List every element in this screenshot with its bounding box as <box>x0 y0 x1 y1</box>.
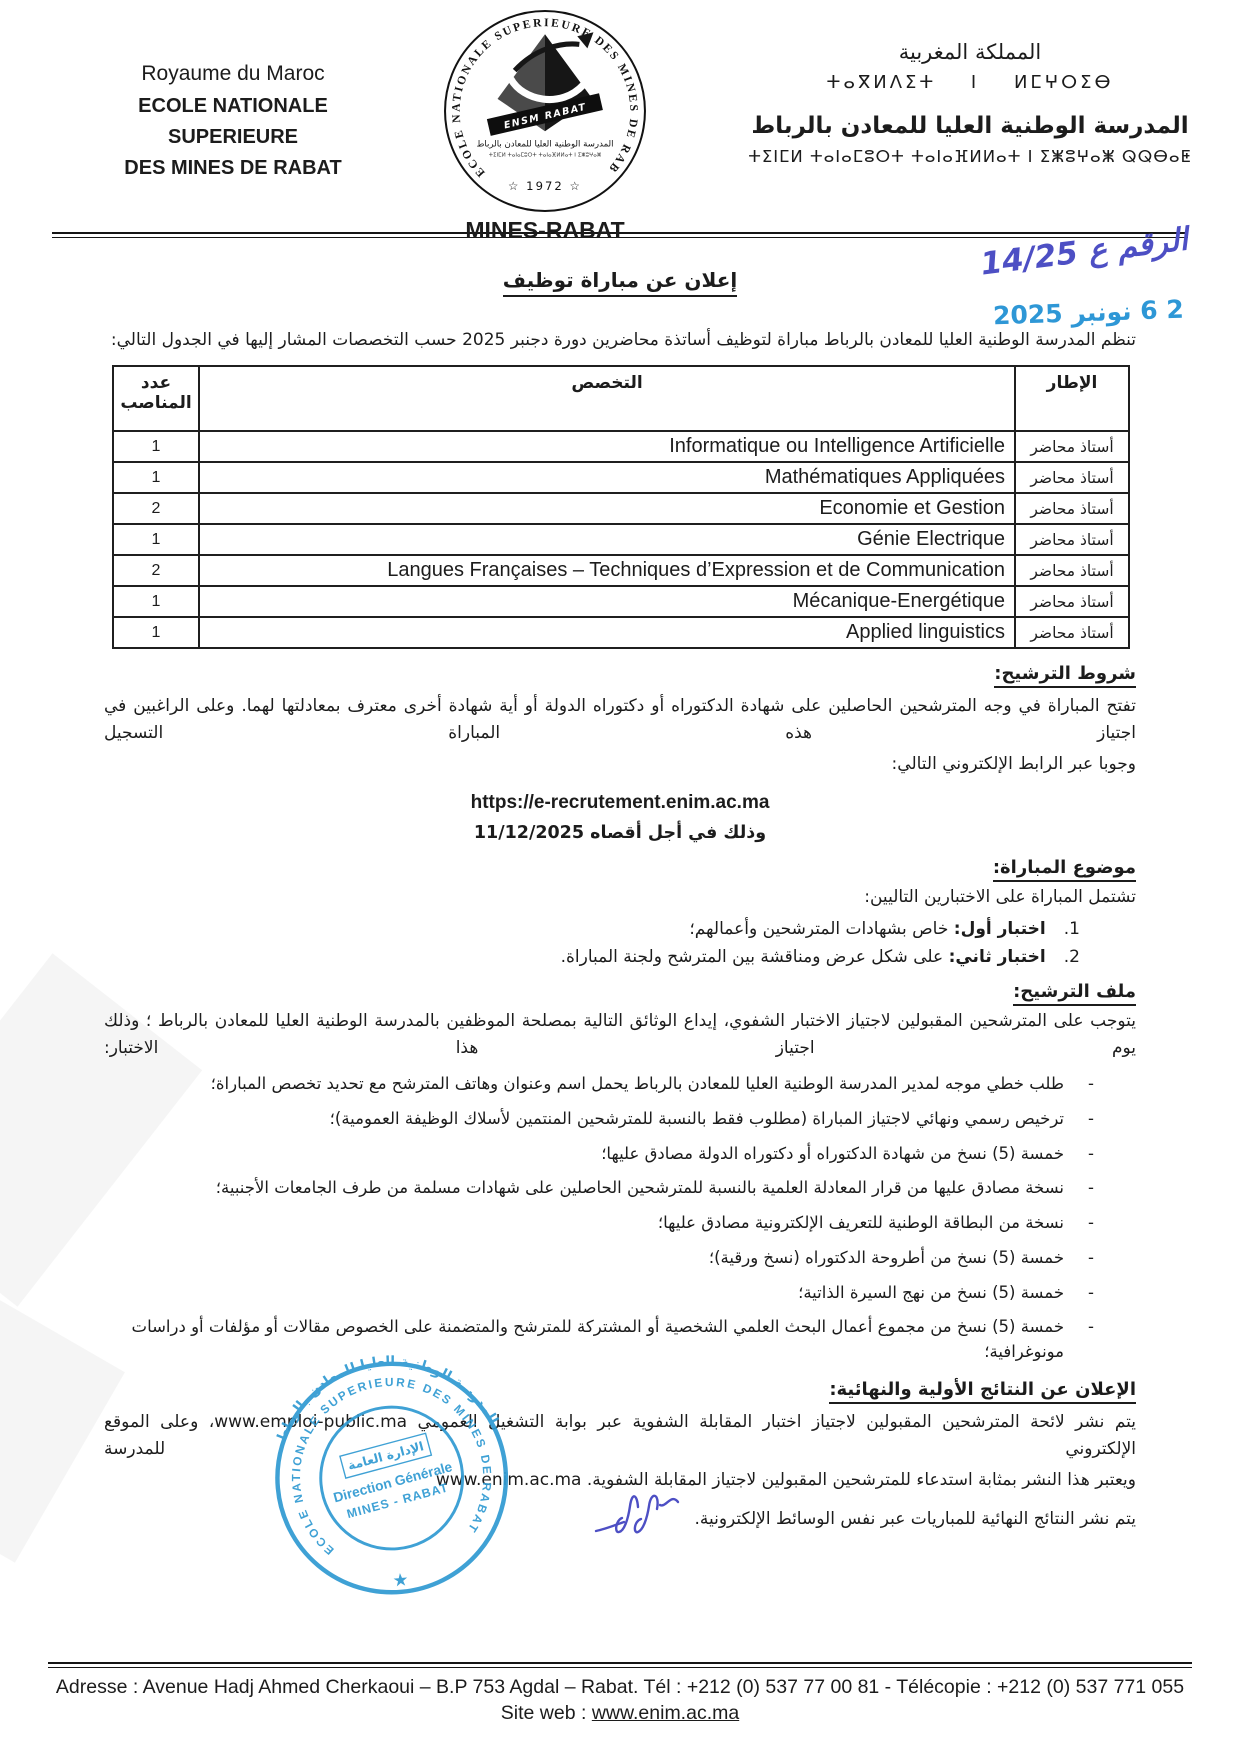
dash-bullet: - <box>1088 1315 1094 1365</box>
grade-cell: أستاذ محاضر <box>1015 524 1129 555</box>
bullet-text: خمسة (5) نسخ من أطروحة الدكتوراه (نسخ ور… <box>709 1246 1064 1271</box>
footer-site-line: Site web : www.enim.ac.ma <box>0 1702 1240 1725</box>
kingdom-fr: Royaume du Maroc <box>92 58 374 91</box>
document-page: Royaume du Maroc ECOLE NATIONALE SUPERIE… <box>0 0 1240 1755</box>
grade-cell: أستاذ محاضر <box>1015 617 1129 648</box>
file-heading: ملف الترشيح: <box>104 981 1136 1002</box>
documents-list: - طلب خطي موجه لمدير المدرسة الوطنية الع… <box>104 1072 1136 1365</box>
stamp-arabic-arc: المدرسة الوطنية العليا للمعادن بالرباط <box>267 1344 502 1446</box>
results-p2-row: يتم نشر النتائج النهائية للمباريات عبر ن… <box>104 1500 1136 1538</box>
document-list-item: - خمسة (5) نسخ من نهج السيرة الذاتية؛ <box>104 1281 1136 1306</box>
dash-bullet: - <box>1088 1281 1094 1306</box>
specialty-cell: Mathématiques Appliquées <box>199 462 1015 493</box>
exam-list: 1. اختبار أول: خاص بشهادات المترشحين وأع… <box>104 919 1136 967</box>
file-body: يتوجب على المترشحين المقبولين لاجتياز ال… <box>104 1008 1136 1062</box>
official-stamp: المدرسة الوطنية العليا للمعادن بالرباط E… <box>253 1341 531 1622</box>
seal-caption: MINES-RABAT <box>438 217 652 244</box>
dash-bullet: - <box>1088 1072 1094 1097</box>
seal-year: ☆ 1972 ☆ <box>508 179 582 193</box>
bullet-text: خمسة (5) نسخ من نهج السيرة الذاتية؛ <box>798 1281 1064 1306</box>
specialty-cell: Langues Françaises – Techniques d’Expres… <box>199 555 1015 586</box>
kingdom-tifinagh: ⵜⴰⴳⵍⴷⵉⵜ ⵏ ⵍⵎⵖⵔⵉⴱ <box>726 72 1214 93</box>
dash-bullet: - <box>1088 1176 1094 1201</box>
item-lead: اختبار أول: <box>954 919 1046 939</box>
stamp-star-icon: ★ <box>392 1570 410 1591</box>
letterhead-french: Royaume du Maroc ECOLE NATIONALE SUPERIE… <box>92 58 374 184</box>
exam-list-item: 1. اختبار أول: خاص بشهادات المترشحين وأع… <box>104 919 1136 939</box>
specialty-cell: Economie et Gestion <box>199 493 1015 524</box>
exam-list-item: 2. اختبار ثاني: على شكل عرض ومناقشة بين … <box>104 947 1136 967</box>
specialty-cell: Informatique ou Intelligence Artificiell… <box>199 431 1015 462</box>
document-list-item: - نسخة من البطاقة الوطنية للتعريف الإلكت… <box>104 1211 1136 1236</box>
school-seal-icon: ECOLE NATIONALE SUPERIEURE DES MINES DE … <box>442 8 649 215</box>
bullet-text: نسخة من البطاقة الوطنية للتعريف الإلكترو… <box>658 1211 1064 1236</box>
positions-count-cell: 2 <box>113 555 199 586</box>
positions-count-cell: 1 <box>113 617 199 648</box>
grade-cell: أستاذ محاضر <box>1015 493 1129 524</box>
item-text: خاص بشهادات المترشحين وأعمالهم؛ <box>689 919 948 939</box>
item-number: 2. <box>1064 947 1080 967</box>
positions-count-cell: 1 <box>113 586 199 617</box>
table-row: أستاذ محاضر Applied linguistics 1 <box>113 617 1129 648</box>
specialty-column-header: التخصص <box>199 366 1015 431</box>
specialty-cell: Mécanique-Energétique <box>199 586 1015 617</box>
table-row: أستاذ محاضر Economie et Gestion 2 <box>113 493 1129 524</box>
table-row: أستاذ محاضر Informatique ou Intelligence… <box>113 431 1129 462</box>
school-name-ar: المدرسة الوطنية العليا للمعادن بالرباط <box>726 113 1214 139</box>
dash-bullet: - <box>1088 1246 1094 1271</box>
document-list-item: - خمسة (5) نسخ من مجموع أعمال البحث العل… <box>104 1315 1136 1365</box>
grade-cell: أستاذ محاضر <box>1015 586 1129 617</box>
specialties-table: الإطار التخصص عدد المناصب أستاذ محاضر In… <box>112 365 1130 649</box>
document-body: تنظم المدرسة الوطنية العليا للمعادن بالر… <box>104 330 1136 1538</box>
school-name-fr-line1: ECOLE NATIONALE SUPERIEURE <box>92 91 374 153</box>
item-lead: اختبار ثاني: <box>949 947 1046 967</box>
deadline-line: وذلك في أجل أقصاه 11/12/2025 <box>104 823 1136 843</box>
bullet-text: خمسة (5) نسخ من شهادة الدكتوراه أو دكتور… <box>601 1142 1064 1167</box>
conditions-body-line2: وجوبا عبر الرابط الإلكتروني التالي: <box>104 751 1136 778</box>
svg-text:المدرسة الوطنية العليا للمعادن: المدرسة الوطنية العليا للمعادن بالرباط <box>267 1344 502 1446</box>
document-list-item: - طلب خطي موجه لمدير المدرسة الوطنية الع… <box>104 1072 1136 1097</box>
signature-icon <box>588 1484 684 1538</box>
document-list-item: - خمسة (5) نسخ من شهادة الدكتوراه أو دكت… <box>104 1142 1136 1167</box>
dash-bullet: - <box>1088 1211 1094 1236</box>
dash-bullet: - <box>1088 1107 1094 1132</box>
letterhead: Royaume du Maroc ECOLE NATIONALE SUPERIE… <box>0 0 1240 232</box>
seal-tifinagh-line: ⵜⵉⵏⵎⵍ ⵜⴰⵏⴰⵎⵓⵔⵜ ⵜⴰⵏⴰⴼⵍⵍⴰⵜ ⵏ ⵉⵥⵓⵖⴰⵥ <box>488 152 601 158</box>
specialty-cell: Applied linguistics <box>199 617 1015 648</box>
grade-column-header: الإطار <box>1015 366 1129 431</box>
school-name-fr-line2: DES MINES DE RABAT <box>92 153 374 184</box>
count-column-header: عدد المناصب <box>113 366 199 431</box>
grade-cell: أستاذ محاضر <box>1015 431 1129 462</box>
positions-count-cell: 1 <box>113 431 199 462</box>
positions-count-cell: 2 <box>113 493 199 524</box>
positions-count-cell: 1 <box>113 524 199 555</box>
table-row: أستاذ محاضر Mathématiques Appliquées 1 <box>113 462 1129 493</box>
page-footer: Adresse : Avenue Hadj Ahmed Cherkaoui – … <box>0 1662 1240 1725</box>
table-header-row: الإطار التخصص عدد المناصب <box>113 366 1129 431</box>
footer-site-url[interactable]: www.enim.ac.ma <box>592 1702 739 1724</box>
dash-bullet: - <box>1088 1142 1094 1167</box>
conditions-body-line1: تفتح المباراة في وجه المترشحين الحاصلين … <box>104 693 1136 747</box>
positions-count-cell: 1 <box>113 462 199 493</box>
letterhead-arabic: المملكة المغربية ⵜⴰⴳⵍⴷⵉⵜ ⵏ ⵍⵎⵖⵔⵉⴱ المدرس… <box>726 40 1214 166</box>
results-p2-text: يتم نشر النتائج النهائية للمباريات عبر ن… <box>694 1509 1136 1529</box>
bullet-text: طلب خطي موجه لمدير المدرسة الوطنية العلي… <box>211 1072 1064 1097</box>
intro-paragraph: تنظم المدرسة الوطنية العليا للمعادن بالر… <box>104 330 1136 350</box>
bullet-text: ترخيص رسمي ونهائي لاجتياز المباراة (مطلو… <box>330 1107 1064 1132</box>
table-row: أستاذ محاضر Mécanique-Energétique 1 <box>113 586 1129 617</box>
grade-cell: أستاذ محاضر <box>1015 555 1129 586</box>
registration-link[interactable]: https://e-recrutement.enim.ac.ma <box>104 792 1136 814</box>
document-list-item: - خمسة (5) نسخ من أطروحة الدكتوراه (نسخ … <box>104 1246 1136 1271</box>
subject-body: تشتمل المباراة على الاختبارين التاليين: <box>104 884 1136 911</box>
document-list-item: - نسخة مصادق عليها من قرار المعادلة العل… <box>104 1176 1136 1201</box>
round-stamp-icon: المدرسة الوطنية العليا للمعادن بالرباط E… <box>253 1341 530 1618</box>
school-seal: ECOLE NATIONALE SUPERIEURE DES MINES DE … <box>438 8 652 244</box>
subject-heading: موضوع المباراة: <box>104 857 1136 878</box>
table-row: أستاذ محاضر Génie Electrique 1 <box>113 524 1129 555</box>
footer-divider <box>48 1662 1192 1668</box>
bullet-text: خمسة (5) نسخ من مجموع أعمال البحث العلمي… <box>104 1315 1064 1365</box>
kingdom-ar: المملكة المغربية <box>726 40 1214 64</box>
conditions-heading: شروط الترشيح: <box>104 663 1136 684</box>
document-list-item: - ترخيص رسمي ونهائي لاجتياز المباراة (مط… <box>104 1107 1136 1132</box>
table-row: أستاذ محاضر Langues Françaises – Techniq… <box>113 555 1129 586</box>
bullet-text: نسخة مصادق عليها من قرار المعادلة العلمي… <box>216 1176 1064 1201</box>
date-received-stamp: 2 6 نونبر 2025 <box>993 295 1185 331</box>
specialty-cell: Génie Electrique <box>199 524 1015 555</box>
item-number: 1. <box>1064 919 1080 939</box>
item-text: على شكل عرض ومناقشة بين المترشح ولجنة ال… <box>561 947 944 967</box>
school-name-tifinagh: ⵜⵉⵏⵎⵍ ⵜⴰⵏⴰⵎⵓⵔⵜ ⵜⴰⵏⴰⴼⵍⵍⴰⵜ ⵏ ⵉⵥⵓⵖⴰⵥ ⵕⵕⴱⴰⵟ <box>726 147 1214 166</box>
footer-address: Adresse : Avenue Hadj Ahmed Cherkaoui – … <box>0 1676 1240 1699</box>
seal-arabic-name: المدرسة الوطنية العليا للمعادن بالرباط <box>476 139 613 149</box>
grade-cell: أستاذ محاضر <box>1015 462 1129 493</box>
